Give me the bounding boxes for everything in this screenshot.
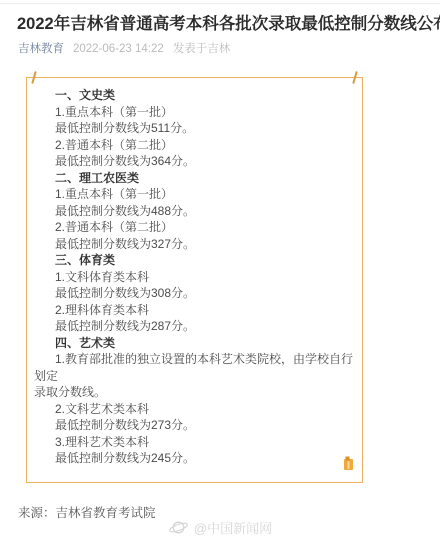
announcement-line: 最低控制分数线为287分。 (34, 318, 355, 335)
announcement-line: 录取分数线。 (34, 384, 355, 401)
category-heading: 三、体育类 (34, 252, 355, 269)
announcement-line: 1.文科体育类本科 (34, 269, 355, 286)
post-location: 发表于吉林 (173, 42, 231, 57)
watermark: @中国新闻网 (0, 518, 440, 537)
announcement-line: 最低控制分数线为245分。 (34, 450, 355, 467)
card-stamp-row (343, 456, 354, 470)
announcement-line: 最低控制分数线为511分。 (34, 120, 355, 137)
announcement-line: 2.文科艺术类本科 (34, 401, 355, 418)
announcement-line: 2.普通本科（第二批） (34, 219, 355, 236)
announcement-line: 1.重点本科（第一批） (34, 104, 355, 121)
globe-logo-icon (168, 519, 189, 536)
announcement-line: 最低控制分数线为273分。 (34, 417, 355, 434)
category-heading: 一、文史类 (34, 87, 355, 104)
announcement-line: 最低控制分数线为488分。 (34, 203, 355, 220)
announcement-line: 1.重点本科（第一批） (34, 186, 355, 203)
announcement-card: 一、文史类1.重点本科（第一批）最低控制分数线为511分。2.普通本科（第二批）… (26, 77, 363, 483)
author-link[interactable]: 吉林教育 (18, 42, 64, 57)
announcement-line: 2.理科体育类本科 (34, 302, 355, 319)
announcement-line: 最低控制分数线为308分。 (34, 285, 355, 302)
announcement-line: 3.理科艺术类本科 (34, 434, 355, 451)
category-heading: 二、理工农医类 (34, 170, 355, 187)
card-stamp-icon (343, 456, 354, 470)
post-title: 2022年吉林省普通高考本科各批次录取最低控制分数线公布 (17, 13, 429, 36)
announcement-text: 一、文史类1.重点本科（第一批）最低控制分数线为511分。2.普通本科（第二批）… (27, 78, 362, 467)
watermark-text: @中国新闻网 (194, 518, 272, 537)
announcement-line: 最低控制分数线为327分。 (34, 236, 355, 253)
announcement-line: 最低控制分数线为364分。 (34, 153, 355, 170)
top-divider (0, 3, 440, 4)
announcement-line: 1.教育部批准的独立设置的本科艺术类院校，由学校自行划定 (34, 351, 355, 384)
announcement-line: 2.普通本科（第二批） (34, 137, 355, 154)
post-timestamp: 2022-06-23 14:22 (73, 42, 164, 57)
category-heading: 四、艺术类 (34, 335, 355, 352)
post-meta: 吉林教育 2022-06-23 14:22 发表于吉林 (18, 42, 230, 57)
